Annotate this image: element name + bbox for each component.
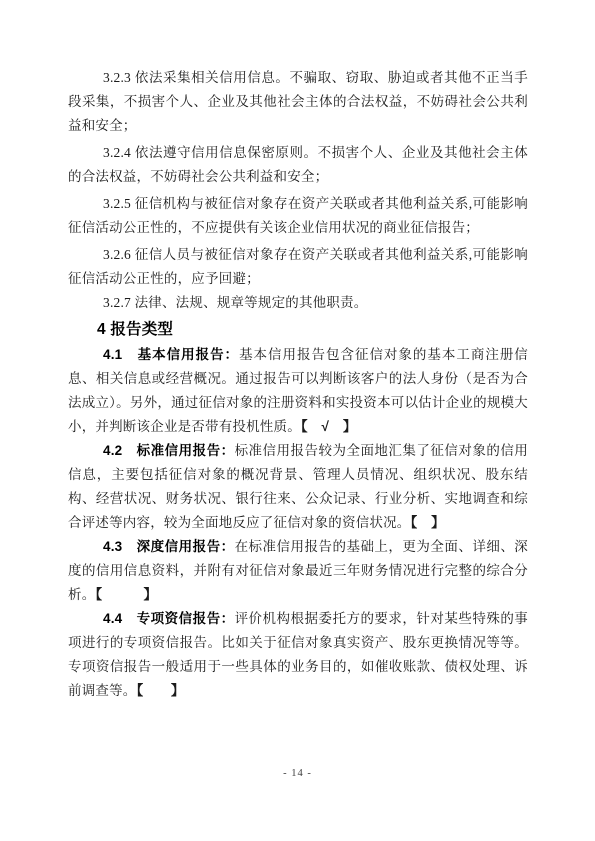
report-item-4-4-label: 4.4 专项资信报告： bbox=[103, 611, 235, 626]
page-content: 3.2.3 依法采集相关信用信息。不骗取、窃取、胁迫或者其他不正当手段采集，不损… bbox=[68, 66, 528, 703]
paragraph-3-2-3: 3.2.3 依法采集相关信用信息。不骗取、窃取、胁迫或者其他不正当手段采集，不损… bbox=[68, 66, 528, 138]
report-item-4-1-checkbox-bracket: 【 √ 】 bbox=[301, 419, 357, 434]
report-item-4-3-label: 4.3 深度信用报告： bbox=[103, 539, 235, 554]
paragraph-3-2-7: 3.2.7 法律、法规、规章等规定的其他职责。 bbox=[68, 291, 528, 315]
report-item-4-4: 4.4 专项资信报告：评价机构根据委托方的要求，针对某些特殊的事项进行的专项资信… bbox=[68, 607, 528, 703]
report-item-4-2-checkbox-bracket: 【 】 bbox=[411, 515, 445, 530]
report-item-4-3: 4.3 深度信用报告：在标准信用报告的基础上，更为全面、详细、深度的信用信息资料… bbox=[68, 535, 528, 607]
section-4-heading: 4 报告类型 bbox=[68, 317, 528, 342]
paragraph-3-2-5: 3.2.5 征信机构与被征信对象存在资产关联或者其他利益关系,可能影响征信活动公… bbox=[68, 192, 528, 240]
report-item-4-1: 4.1 基本信用报告：基本信用报告包含征信对象的基本工商注册信息、相关信息或经营… bbox=[68, 343, 528, 439]
report-item-4-1-label: 4.1 基本信用报告： bbox=[103, 347, 239, 362]
report-item-4-2-label: 4.2 标准信用报告： bbox=[103, 443, 235, 458]
report-item-4-4-checkbox-bracket: 【 】 bbox=[137, 683, 185, 698]
paragraph-3-2-4: 3.2.4 依法遵守信用信息保密原则。不损害个人、企业及其他社会主体的合法权益，… bbox=[68, 141, 528, 189]
document-page: 3.2.3 依法采集相关信用信息。不骗取、窃取、胁迫或者其他不正当手段采集，不损… bbox=[0, 0, 595, 841]
paragraph-3-2-6: 3.2.6 征信人员与被征信对象存在资产关联或者其他利益关系,可能影响征信活动公… bbox=[68, 243, 528, 291]
report-item-4-3-checkbox-bracket: 【 】 bbox=[95, 587, 157, 602]
report-item-4-2: 4.2 标准信用报告：标准信用报告较为全面地汇集了征信对象的信用信息，主要包括征… bbox=[68, 439, 528, 535]
page-number: - 14 - bbox=[0, 768, 595, 779]
